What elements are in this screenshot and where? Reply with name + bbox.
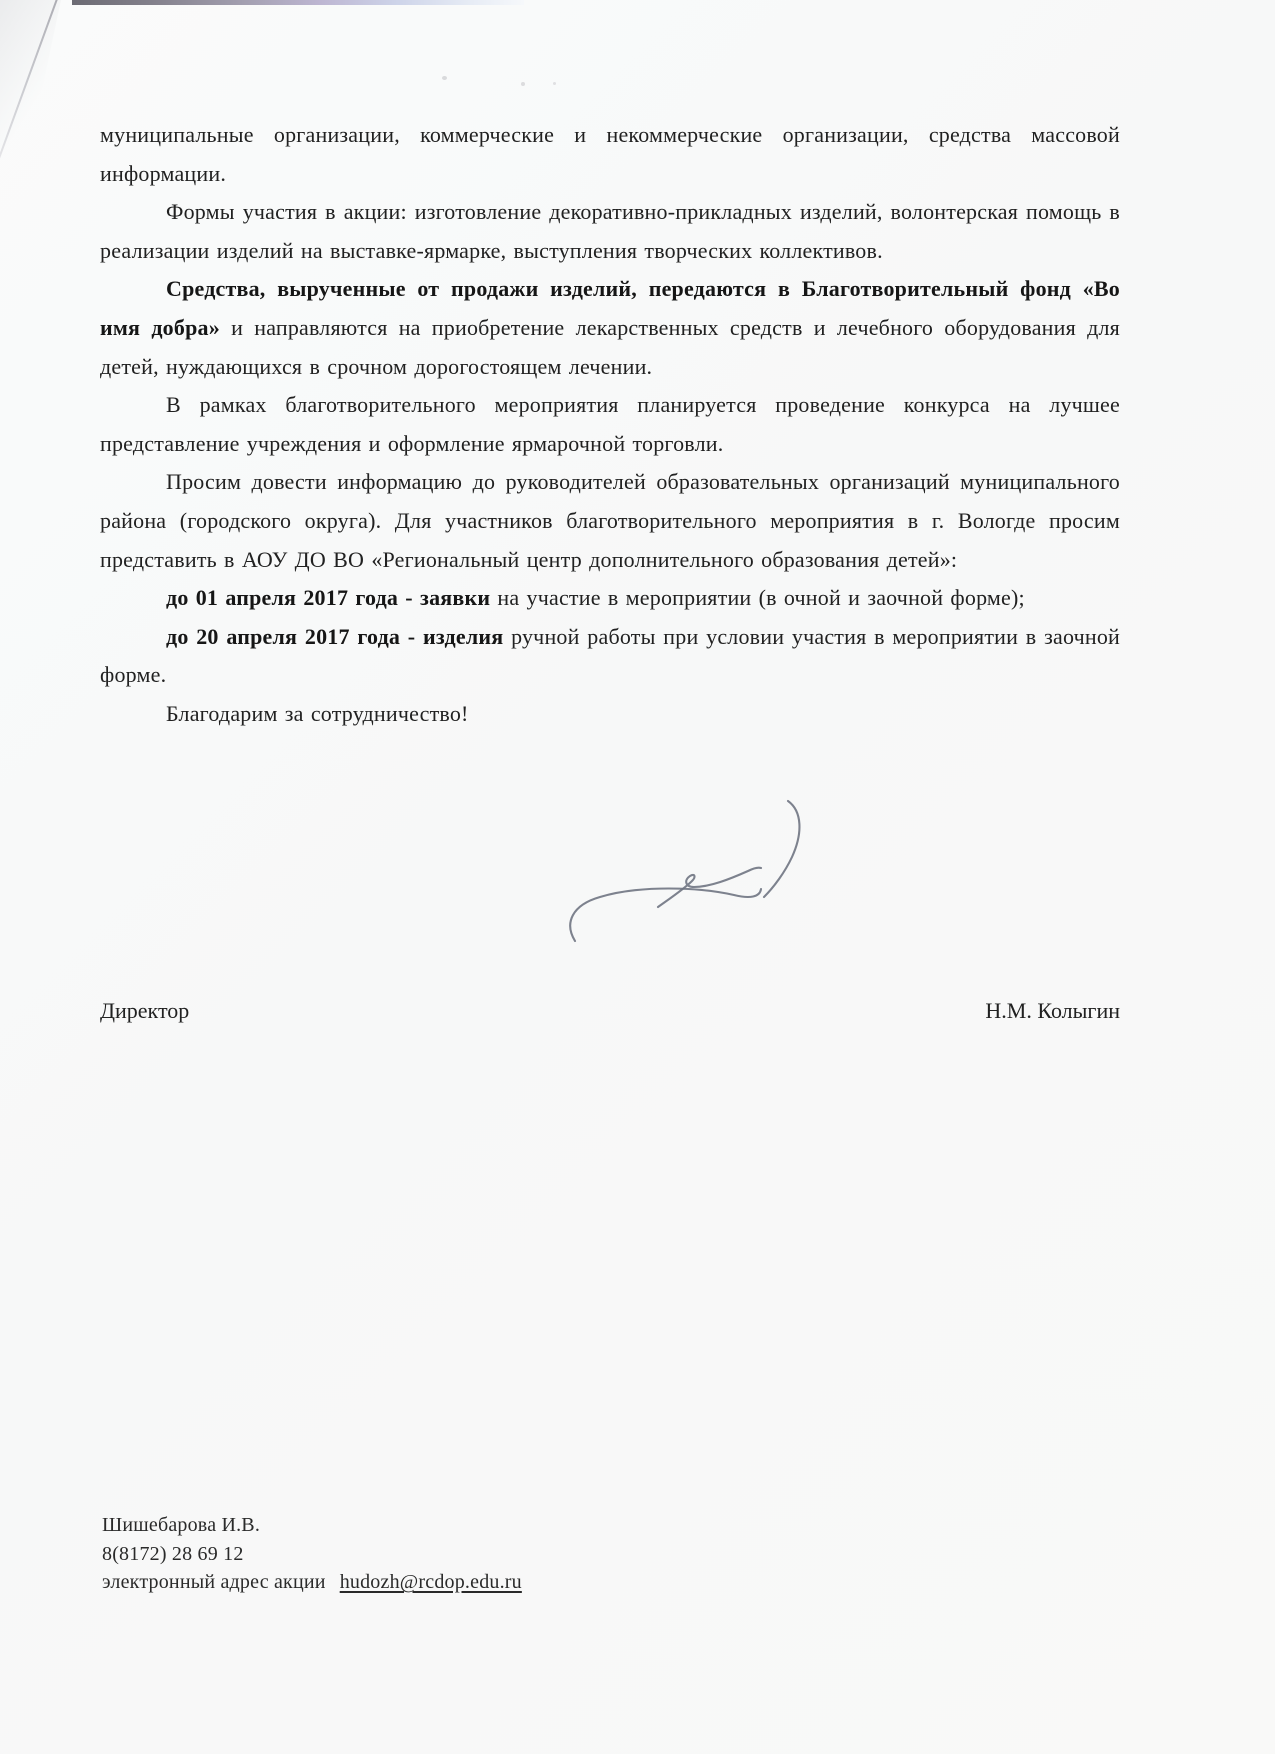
scanned-document-page: муниципальные организации, коммерческие … [0,0,1275,1754]
scan-artifact-top-strip [72,0,524,5]
paragraph-text: муниципальные организации, коммерческие … [100,122,1120,186]
paragraph-text: и направляются на приобретение лекарстве… [100,315,1120,379]
handwritten-signature [552,795,820,953]
signature-block: Директор Н.М. Колыгин [100,996,1120,1026]
paragraph-text: на участие в мероприятии (в очной и заоч… [490,585,1025,610]
paragraph-text-bold: до 01 апреля 2017 года - заявки [166,585,490,610]
paragraph-continuation: муниципальные организации, коммерческие … [100,116,1120,193]
paragraph-funds-transfer: Средства, вырученные от продажи изделий,… [100,270,1120,386]
paragraph-participation-forms: Формы участия в акции: изготовление деко… [100,193,1120,270]
footer-email-line: электронный адрес акцииhudozh@rcdop.edu.… [102,1568,522,1597]
paragraph-text: Формы участия в акции: изготовление деко… [100,199,1120,263]
paragraph-text: Просим довести информацию до руководител… [100,469,1120,571]
scan-artifact-speck [553,82,556,85]
document-body: муниципальные организации, коммерческие … [100,116,1120,734]
paragraph-text: Благодарим за сотрудничество! [166,701,469,726]
paragraph-thanks: Благодарим за сотрудничество! [100,695,1120,734]
signer-name: Н.М. Колыгин [985,996,1120,1026]
paragraph-text: В рамках благотворительного мероприятия … [100,392,1120,456]
paragraph-text-bold: до 20 апреля 2017 года - изделия [166,624,503,649]
footer-email-address: hudozh@rcdop.edu.ru [340,1571,522,1593]
paragraph-deadline-items: до 20 апреля 2017 года - изделия ручной … [100,618,1120,695]
footer-phone: 8(8172) 28 69 12 [102,1540,522,1569]
scan-artifact-speck [442,76,447,80]
paragraph-contest: В рамках благотворительного мероприятия … [100,386,1120,463]
scan-artifact-corner-shade [0,0,63,215]
paragraph-deadline-applications: до 01 апреля 2017 года - заявки на участ… [100,579,1120,618]
footer-email-label: электронный адрес акции [102,1571,326,1593]
footer-contact-block: Шишебарова И.В. 8(8172) 28 69 12 электро… [102,1511,522,1597]
scan-artifact-speck [521,82,525,86]
paragraph-request-info: Просим довести информацию до руководител… [100,463,1120,579]
footer-contact-name: Шишебарова И.В. [102,1511,522,1540]
signer-position-label: Директор [100,996,189,1026]
